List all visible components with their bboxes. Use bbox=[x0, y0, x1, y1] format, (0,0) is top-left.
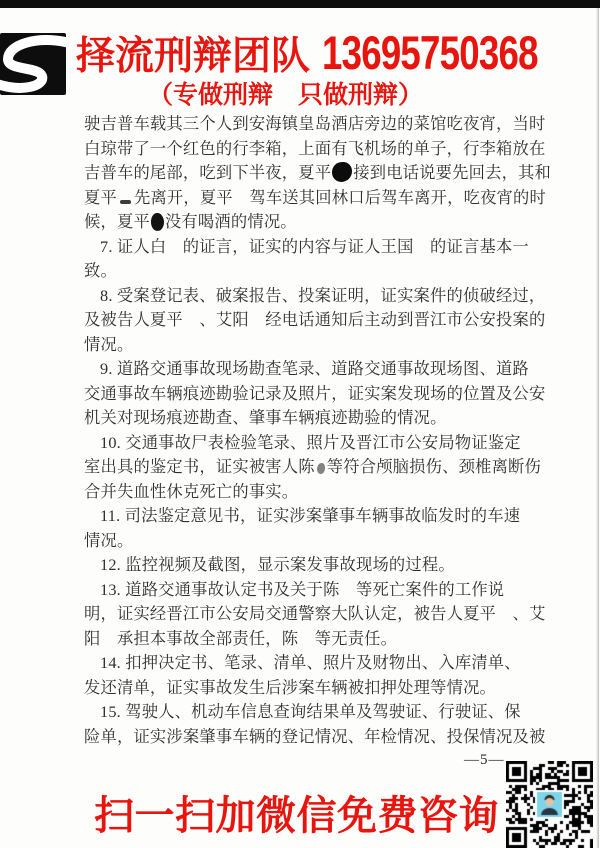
text-segment: 候，夏平 bbox=[84, 212, 150, 231]
text-line: 7. 证人白 的证言，证实的内容与证人王国 的证言基本一 bbox=[84, 235, 536, 260]
text-segment: 11. 司法鉴定意见书，证实涉案肇事车辆事故临发时的车速 bbox=[100, 506, 520, 525]
text-line: 情况。 bbox=[84, 529, 536, 554]
text-line: 致。 bbox=[84, 259, 536, 284]
redaction-mark bbox=[120, 200, 131, 204]
text-segment: 致。 bbox=[84, 261, 117, 280]
stream-z-logo-icon bbox=[0, 33, 66, 95]
text-segment: 接到电话说要先回去，其和 bbox=[353, 163, 551, 182]
text-line: 驶吉普车载其三个人到安海镇皇岛酒店旁边的菜馆吃夜宵，当时 bbox=[84, 112, 536, 137]
text-segment: 7. 证人白 的证言，证实的内容与证人王国 的证言基本一 bbox=[100, 237, 529, 256]
text-line: 情况。 bbox=[84, 333, 536, 358]
text-line: 白琼带了一个红色的行李箱，上面有飞机场的单子，行李箱放在 bbox=[84, 137, 536, 162]
text-segment: 发还清单，证实事故发生后涉案车辆被扣押处理等情况。 bbox=[84, 678, 496, 697]
text-segment: 机关对现场痕迹勘查、肇事车辆痕迹勘验的情况。 bbox=[84, 408, 447, 427]
scanned-document-page: 择流刑辩团队13695750368 （专做刑辩 只做刑辩） 驶吉普车载其三个人到… bbox=[0, 0, 600, 848]
phone-number: 13695750368 bbox=[322, 28, 538, 78]
text-line: 吉普车的尾部，吃到下半夜，夏平接到电话说要先回去，其和 bbox=[84, 161, 536, 186]
text-line: 明，证实经晋江市公安局交通警察大队认定，被告人夏平 、艾 bbox=[84, 602, 536, 627]
wechat-cta-text: 扫一扫加微信免费咨询 bbox=[94, 784, 499, 841]
wechat-qr-code bbox=[506, 761, 593, 848]
text-line: 候，夏平没有喝酒的情况。 bbox=[84, 210, 536, 235]
scan-right-edge bbox=[596, 8, 599, 848]
text-segment: 险单，证实涉案肇事车辆的登记情况、年检情况、投保情况及被 bbox=[84, 727, 545, 746]
text-line: 12. 监控视频及截图，显示案发事故现场的过程。 bbox=[84, 553, 536, 578]
text-segment: 先离开，夏平 驾车送其回林口后驾车离开，吃夜宵的时 bbox=[134, 188, 546, 207]
text-line: 合并失血性休克死亡的事实。 bbox=[84, 480, 536, 505]
text-line: 14. 扣押决定书、笔录、清单、照片及财物出、入库清单、 bbox=[84, 651, 536, 676]
text-segment: 12. 监控视频及截图，显示案发事故现场的过程。 bbox=[100, 555, 455, 574]
text-line: 8. 受案登记表、破案报告、投案证明，证实案件的侦破经过， bbox=[84, 284, 536, 309]
text-segment: 合并失血性休克死亡的事实。 bbox=[84, 482, 298, 501]
text-segment: 没有喝酒的情况。 bbox=[165, 212, 297, 231]
text-line: 13. 道路交通事故认定书及关于陈 等死亡案件的工作说 bbox=[84, 578, 536, 603]
text-line: 夏平先离开，夏平 驾车送其回林口后驾车离开，吃夜宵的时 bbox=[84, 186, 536, 211]
header-tagline: （专做刑辩 只做刑辩） bbox=[148, 75, 423, 111]
text-line: 阳 承担本事故全部责任，陈 等无责任。 bbox=[84, 627, 536, 652]
text-segment: 阳 承担本事故全部责任，陈 等无责任。 bbox=[84, 629, 397, 648]
text-line: 及被告人夏平 、艾阳 经电话通知后主动到晋江市公安投案的 bbox=[84, 308, 536, 333]
redaction-mark bbox=[332, 162, 352, 182]
page-number: —5— bbox=[464, 752, 505, 769]
team-name: 择流刑辩团队 bbox=[76, 35, 310, 78]
text-segment: 15. 驾驶人、机动车信息查询结果单及驾驶证、行驶证、保 bbox=[100, 702, 521, 721]
team-logo bbox=[0, 33, 66, 95]
text-segment: 夏平 bbox=[84, 188, 117, 207]
redaction-mark bbox=[317, 463, 325, 474]
scan-top-edge bbox=[0, 0, 600, 8]
text-segment: 情况。 bbox=[84, 531, 133, 550]
header-title: 择流刑辩团队13695750368 bbox=[76, 28, 599, 78]
text-segment: 吉普车的尾部，吃到下半夜，夏平 bbox=[84, 163, 331, 182]
text-segment: 13. 道路交通事故认定书及关于陈 等死亡案件的工作说 bbox=[100, 580, 504, 599]
text-line: 11. 司法鉴定意见书，证实涉案肇事车辆事故临发时的车速 bbox=[84, 504, 536, 529]
text-segment: 9. 道路交通事故现场勘查笔录、道路交通事故现场图、道路 bbox=[100, 359, 529, 378]
text-segment: 驶吉普车载其三个人到安海镇皇岛酒店旁边的菜馆吃夜宵，当时 bbox=[84, 114, 545, 133]
text-segment: 等符合颅脑损伤、颈椎离断伤 bbox=[327, 457, 541, 476]
redaction-mark bbox=[151, 213, 164, 231]
text-segment: 情况。 bbox=[84, 335, 133, 354]
text-line: 交通事故车辆痕迹勘验记录及照片，证实案发现场的位置及公安 bbox=[84, 382, 536, 407]
text-line: 机关对现场痕迹勘查、肇事车辆痕迹勘验的情况。 bbox=[84, 406, 536, 431]
text-line: 15. 驾驶人、机动车信息查询结果单及驾驶证、行驶证、保 bbox=[84, 700, 536, 725]
text-segment: 白琼带了一个红色的行李箱，上面有飞机场的单子，行李箱放在 bbox=[84, 139, 545, 158]
text-segment: 室出具的鉴定书，证实被害人陈 bbox=[84, 457, 315, 476]
text-line: 险单，证实涉案肇事车辆的登记情况、年检情况、投保情况及被 bbox=[84, 725, 536, 750]
text-line: 9. 道路交通事故现场勘查笔录、道路交通事故现场图、道路 bbox=[84, 357, 536, 382]
text-segment: 明，证实经晋江市公安局交通警察大队认定，被告人夏平 、艾 bbox=[84, 604, 545, 623]
document-body: 驶吉普车载其三个人到安海镇皇岛酒店旁边的菜馆吃夜宵，当时白琼带了一个红色的行李箱… bbox=[84, 112, 536, 749]
text-segment: 8. 受案登记表、破案报告、投案证明，证实案件的侦破经过， bbox=[100, 286, 545, 305]
text-line: 10. 交通事故尸表检验笔录、照片及晋江市公安局物证鉴定 bbox=[84, 431, 536, 456]
text-segment: 及被告人夏平 、艾阳 经电话通知后主动到晋江市公安投案的 bbox=[84, 310, 545, 329]
text-segment: 10. 交通事故尸表检验笔录、照片及晋江市公安局物证鉴定 bbox=[100, 433, 521, 452]
text-segment: 交通事故车辆痕迹勘验记录及照片，证实案发现场的位置及公安 bbox=[84, 384, 545, 403]
text-line: 室出具的鉴定书，证实被害人陈等符合颅脑损伤、颈椎离断伤 bbox=[84, 455, 536, 480]
text-segment: 14. 扣押决定书、笔录、清单、照片及财物出、入库清单、 bbox=[100, 653, 521, 672]
text-line: 发还清单，证实事故发生后涉案车辆被扣押处理等情况。 bbox=[84, 676, 536, 701]
